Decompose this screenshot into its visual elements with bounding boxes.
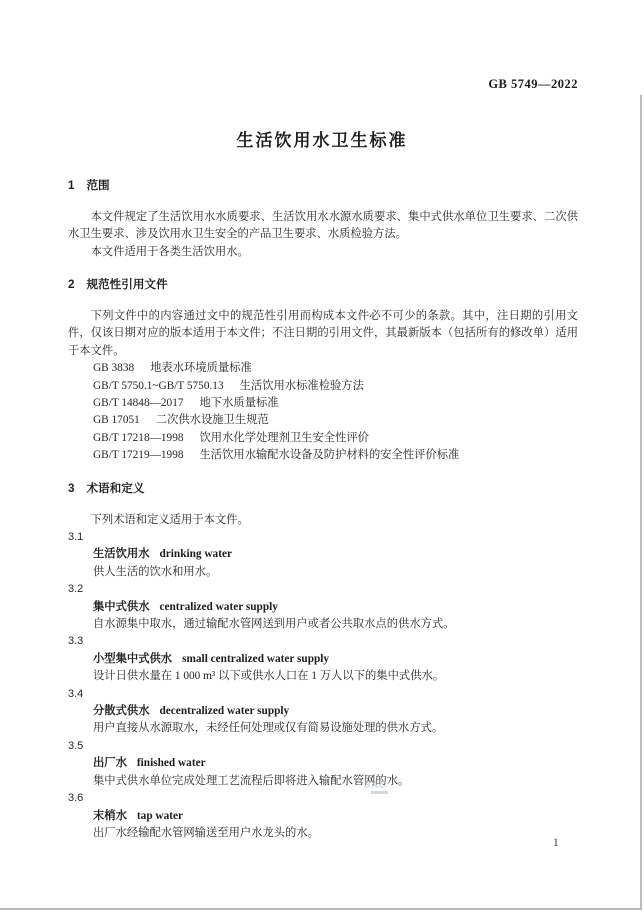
term-name: 小型集中式供水small centralized water supply [93,651,578,668]
term-name: 分散式供水decentralized water supply [93,703,578,720]
reference-title: 地下水质量标准 [200,397,279,409]
term-definition: 自水源集中取水，通过输配水管网送到用户或者公共取水点的供水方式。 [93,616,578,633]
document-body: 1范围 本文件规定了生活饮用水水质要求、生活饮用水水源水质要求、集中式供水单位卫… [68,177,578,842]
reference-title: 饮用水化学处理剂卫生安全性评价 [200,432,369,444]
term-item: 3.6 末梢水tap water 出厂水经输配水管网输送至用户水龙头的水。 [68,790,578,842]
term-name-zh: 小型集中式供水 [93,653,172,665]
section-heading-title: 术语和定义 [86,482,144,495]
term-name-zh: 分散式供水 [93,705,150,717]
reference-code: GB/T 14848—2017 [93,395,184,412]
term-definition: 集中式供水单位完成处理工艺流程后即将进入输配水管网的水。 [93,773,578,790]
term-number: 3.1 [68,529,578,546]
page-edge-right [640,95,642,909]
reference-title: 二次供水设施卫生规范 [156,414,269,426]
section-terms-heading: 3术语和定义 [68,480,578,497]
section-heading-title: 规范性引用文件 [86,278,167,291]
term-definition: 用户直接从水源取水，未经任何处理或仅有简易设施处理的供水方式。 [93,720,578,737]
reference-item: GB 3838地表水环境质量标准 [93,360,578,377]
reference-code: GB/T 17218—1998 [93,430,184,447]
term-name-zh: 末梢水 [93,810,127,822]
term-item: 3.2 集中式供水centralized water supply 自水源集中取… [68,581,578,633]
reference-code: GB/T 17219—1998 [93,447,184,464]
term-name-en: decentralized water supply [160,705,290,717]
reference-title: 地表水环境质量标准 [150,362,252,374]
term-name-en: centralized water supply [160,601,278,613]
reference-item: GB/T 5750.1~GB/T 5750.13生活饮用水标准检验方法 [93,378,578,395]
term-definition: 出厂水经输配水管网输送至用户水龙头的水。 [93,825,578,842]
document-title: 生活饮用水卫生标准 [0,126,644,151]
term-number: 3.6 [68,790,578,807]
term-number: 3.3 [68,633,578,650]
term-name-en: drinking water [160,548,233,560]
scope-paragraph: 本文件规定了生活饮用水水质要求、生活饮用水水源水质要求、集中式供水单位卫生要求、… [68,209,578,244]
term-name-en: tap water [137,810,183,822]
reference-title: 生活饮用水标准检验方法 [240,380,364,392]
term-number: 3.4 [68,686,578,703]
term-name: 集中式供水centralized water supply [93,599,578,616]
term-number: 3.2 [68,581,578,598]
doc-code: GB 5749—2022 [488,77,578,92]
term-item: 3.3 小型集中式供水small centralized water suppl… [68,633,578,685]
term-name-zh: 出厂水 [93,757,127,769]
term-item: 3.4 分散式供水decentralized water supply 用户直接… [68,686,578,738]
terms-intro: 下列术语和定义适用于本文件。 [68,512,578,529]
page-number: 1 [553,837,559,849]
reference-item: GB/T 17218—1998饮用水化学处理剂卫生安全性评价 [93,430,578,447]
reference-item: GB/T 14848—2017地下水质量标准 [93,395,578,412]
page-edge-bottom [0,908,642,910]
term-definition: 供人生活的饮水和用水。 [93,564,578,581]
references-paragraph: 下列文件中的内容通过文中的规范性引用而构成本文件必不可少的条款。其中，注日期的引… [68,308,578,360]
term-item: 3.1 生活饮用水drinking water 供人生活的饮水和用水。 [68,529,578,581]
section-heading-number: 2 [68,276,74,293]
term-name-en: small centralized water supply [182,653,329,665]
term-definition: 设计日供水量在 1 000 m³ 以下或供水人口在 1 万人以下的集中式供水。 [93,668,578,685]
term-name: 生活饮用水drinking water [93,546,578,563]
term-name-zh: 集中式供水 [93,601,150,613]
reference-title: 生活饮用水输配水设备及防护材料的安全性评价标准 [200,449,460,461]
section-references-heading: 2规范性引用文件 [68,276,578,293]
section-heading-number: 1 [68,177,74,194]
section-heading-number: 3 [68,480,74,497]
term-name: 出厂水finished water [93,755,578,772]
section-scope-heading: 1范围 [68,177,578,194]
reference-item: GB/T 17219—1998生活饮用水输配水设备及防护材料的安全性评价标准 [93,447,578,464]
reference-code: GB 3838 [93,360,134,377]
term-name-zh: 生活饮用水 [93,548,150,560]
term-name: 末梢水tap water [93,808,578,825]
document-page: GB 5749—2022 生活饮用水卫生标准 1范围 本文件规定了生活饮用水水质… [0,0,644,915]
term-number: 3.5 [68,738,578,755]
section-heading-title: 范围 [86,179,109,192]
scope-applicability: 本文件适用于各类生活饮用水。 [68,244,578,261]
reference-code: GB/T 5750.1~GB/T 5750.13 [93,378,224,395]
term-item: 3.5 出厂水finished water 集中式供水单位完成处理工艺流程后即将… [68,738,578,790]
term-name-en: finished water [137,757,206,769]
reference-item: GB 17051二次供水设施卫生规范 [93,412,578,429]
reference-code: GB 17051 [93,412,140,429]
